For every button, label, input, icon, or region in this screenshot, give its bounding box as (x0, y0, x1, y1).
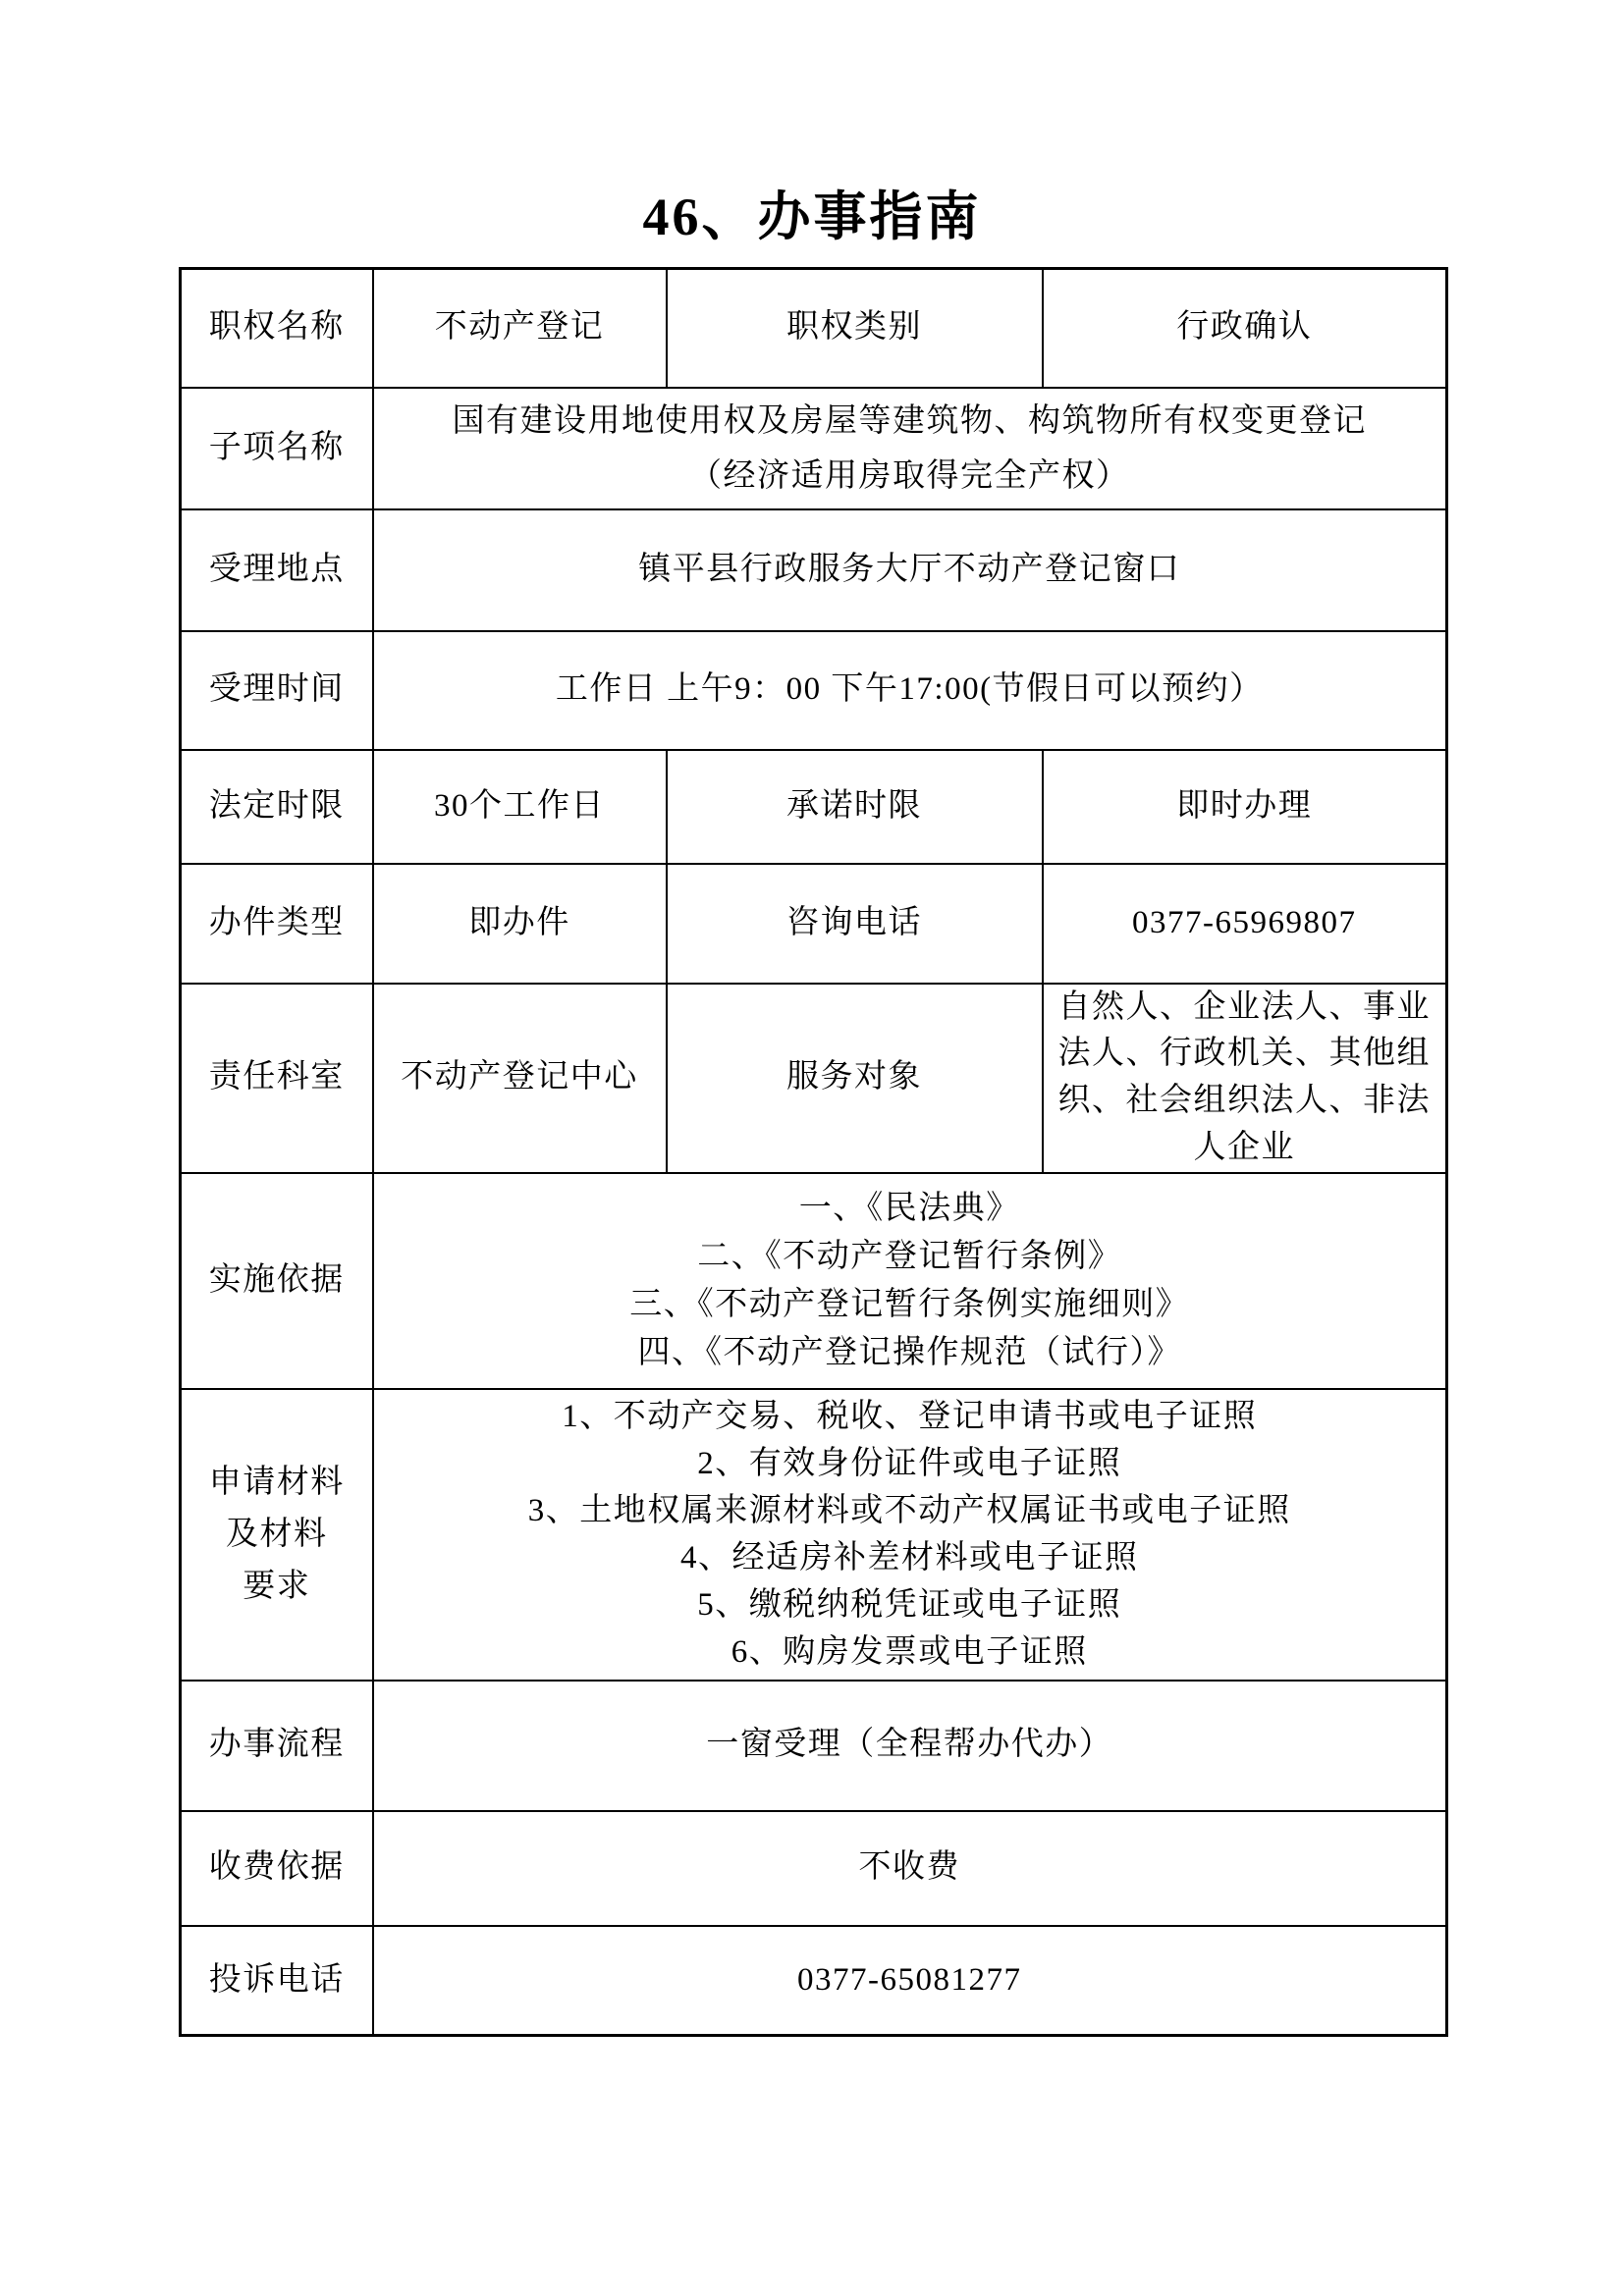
value-promised-limit: 即时办理 (1043, 750, 1447, 864)
label-statutory-limit: 法定时限 (181, 750, 373, 864)
label-promised-limit: 承诺时限 (667, 750, 1043, 864)
value-handling-type: 即办件 (373, 864, 667, 984)
basis-item: 四、《不动产登记操作规范（试行）》 (382, 1329, 1438, 1377)
value-process: 一窗受理（全程帮办代办） (373, 1681, 1447, 1811)
table-row: 收费依据 不收费 (181, 1811, 1447, 1926)
label-acceptance-place: 受理地点 (181, 509, 373, 631)
page-title: 46、办事指南 (0, 188, 1624, 246)
value-service-target: 自然人、企业法人、事业法人、行政机关、其他组织、社会组织法人、非法人企业 (1043, 984, 1447, 1173)
material-item: 6、购房发票或电子证照 (382, 1629, 1438, 1676)
label-service-target: 服务对象 (667, 984, 1043, 1173)
subitem-name-line: 国有建设用地使用权及房屋等建筑物、构筑物所有权变更登记 (382, 394, 1438, 449)
label-application-materials: 申请材料 及材料 要求 (181, 1389, 373, 1681)
value-acceptance-time: 工作日 上午9：00 下午17:00(节假日可以预约） (373, 631, 1447, 750)
label-power-category: 职权类别 (667, 269, 1043, 388)
label-line: 要求 (189, 1561, 364, 1613)
table-row: 实施依据 一、《民法典》 二、《不动产登记暂行条例》 三、《不动产登记暂行条例实… (181, 1173, 1447, 1389)
subitem-name-line: （经济适用房取得完全产权） (382, 449, 1438, 504)
label-power-name: 职权名称 (181, 269, 373, 388)
material-item: 4、经适房补差材料或电子证照 (382, 1534, 1438, 1581)
service-guide-table: 职权名称 不动产登记 职权类别 行政确认 子项名称 国有建设用地使用权及房屋等建… (179, 267, 1448, 2037)
basis-item: 二、《不动产登记暂行条例》 (382, 1233, 1438, 1281)
table-row: 办件类型 即办件 咨询电话 0377-65969807 (181, 864, 1447, 984)
value-statutory-limit: 30个工作日 (373, 750, 667, 864)
label-implementation-basis: 实施依据 (181, 1173, 373, 1389)
material-item: 2、有效身份证件或电子证照 (382, 1440, 1438, 1487)
value-application-materials: 1、不动产交易、税收、登记申请书或电子证照 2、有效身份证件或电子证照 3、土地… (373, 1389, 1447, 1681)
value-acceptance-place: 镇平县行政服务大厅不动产登记窗口 (373, 509, 1447, 631)
value-subitem-name: 国有建设用地使用权及房屋等建筑物、构筑物所有权变更登记 （经济适用房取得完全产权… (373, 388, 1447, 509)
label-complaint-phone: 投诉电话 (181, 1926, 373, 2036)
label-responsible-office: 责任科室 (181, 984, 373, 1173)
table-row: 职权名称 不动产登记 职权类别 行政确认 (181, 269, 1447, 388)
table-row: 法定时限 30个工作日 承诺时限 即时办理 (181, 750, 1447, 864)
label-process: 办事流程 (181, 1681, 373, 1811)
value-power-name: 不动产登记 (373, 269, 667, 388)
material-item: 5、缴税纳税凭证或电子证照 (382, 1581, 1438, 1629)
value-implementation-basis: 一、《民法典》 二、《不动产登记暂行条例》 三、《不动产登记暂行条例实施细则》 … (373, 1173, 1447, 1389)
basis-item: 三、《不动产登记暂行条例实施细则》 (382, 1281, 1438, 1329)
table-row: 受理地点 镇平县行政服务大厅不动产登记窗口 (181, 509, 1447, 631)
label-line: 及材料 (189, 1509, 364, 1561)
value-responsible-office: 不动产登记中心 (373, 984, 667, 1173)
label-subitem-name: 子项名称 (181, 388, 373, 509)
value-complaint-phone: 0377-65081277 (373, 1926, 1447, 2036)
table-row: 子项名称 国有建设用地使用权及房屋等建筑物、构筑物所有权变更登记 （经济适用房取… (181, 388, 1447, 509)
table-row: 投诉电话 0377-65081277 (181, 1926, 1447, 2036)
label-consult-phone: 咨询电话 (667, 864, 1043, 984)
table-row: 受理时间 工作日 上午9：00 下午17:00(节假日可以预约） (181, 631, 1447, 750)
label-acceptance-time: 受理时间 (181, 631, 373, 750)
value-consult-phone: 0377-65969807 (1043, 864, 1447, 984)
material-item: 3、土地权属来源材料或不动产权属证书或电子证照 (382, 1487, 1438, 1534)
label-fee-basis: 收费依据 (181, 1811, 373, 1926)
value-fee-basis: 不收费 (373, 1811, 1447, 1926)
table-row: 办事流程 一窗受理（全程帮办代办） (181, 1681, 1447, 1811)
label-line: 申请材料 (189, 1457, 364, 1509)
table-row: 责任科室 不动产登记中心 服务对象 自然人、企业法人、事业法人、行政机关、其他组… (181, 984, 1447, 1173)
document-page: 46、办事指南 职权名称 不动产登记 职权类别 行政确认 子项名称 国有建设用地… (0, 0, 1624, 2296)
label-handling-type: 办件类型 (181, 864, 373, 984)
value-power-category: 行政确认 (1043, 269, 1447, 388)
basis-item: 一、《民法典》 (382, 1185, 1438, 1233)
material-item: 1、不动产交易、税收、登记申请书或电子证照 (382, 1393, 1438, 1440)
table-row: 申请材料 及材料 要求 1、不动产交易、税收、登记申请书或电子证照 2、有效身份… (181, 1389, 1447, 1681)
